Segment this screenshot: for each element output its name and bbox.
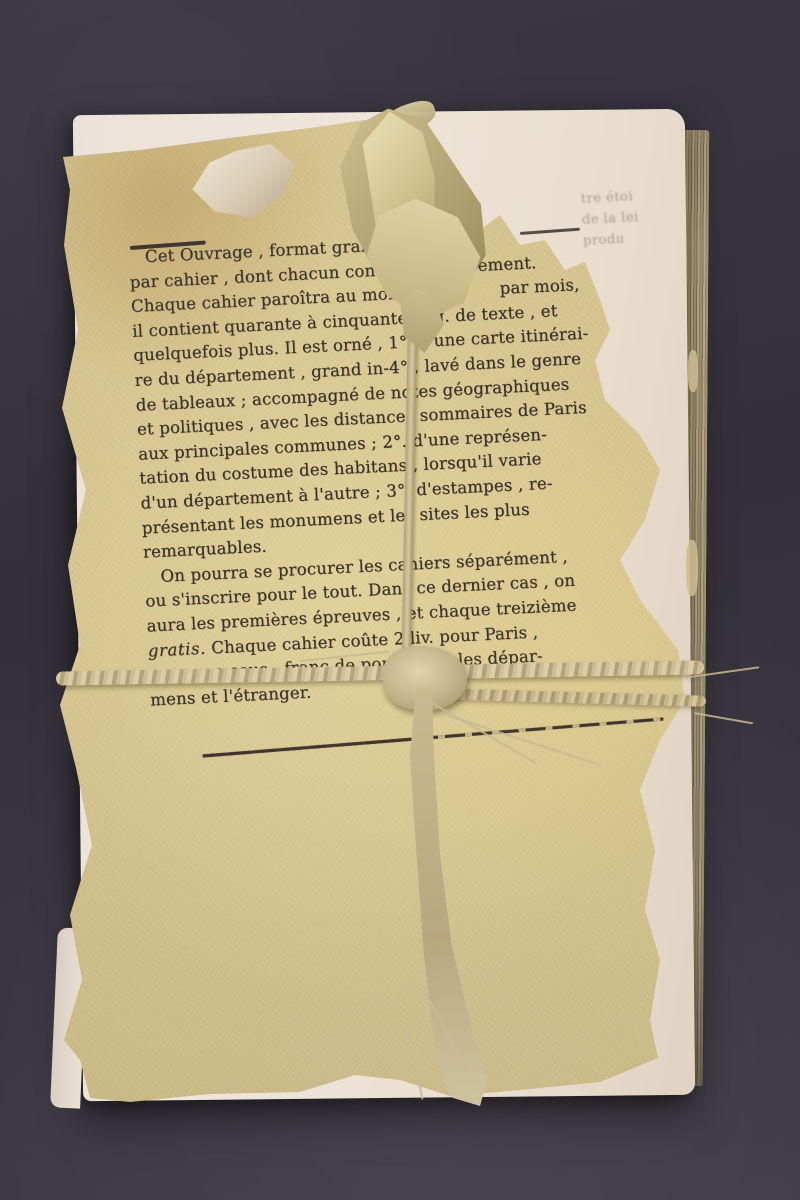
paper-fragment: [688, 350, 698, 392]
photograph: tre étoide la leiprodu Cet Ouvrage , for…: [0, 0, 800, 1200]
paper-fragment: [686, 540, 698, 596]
